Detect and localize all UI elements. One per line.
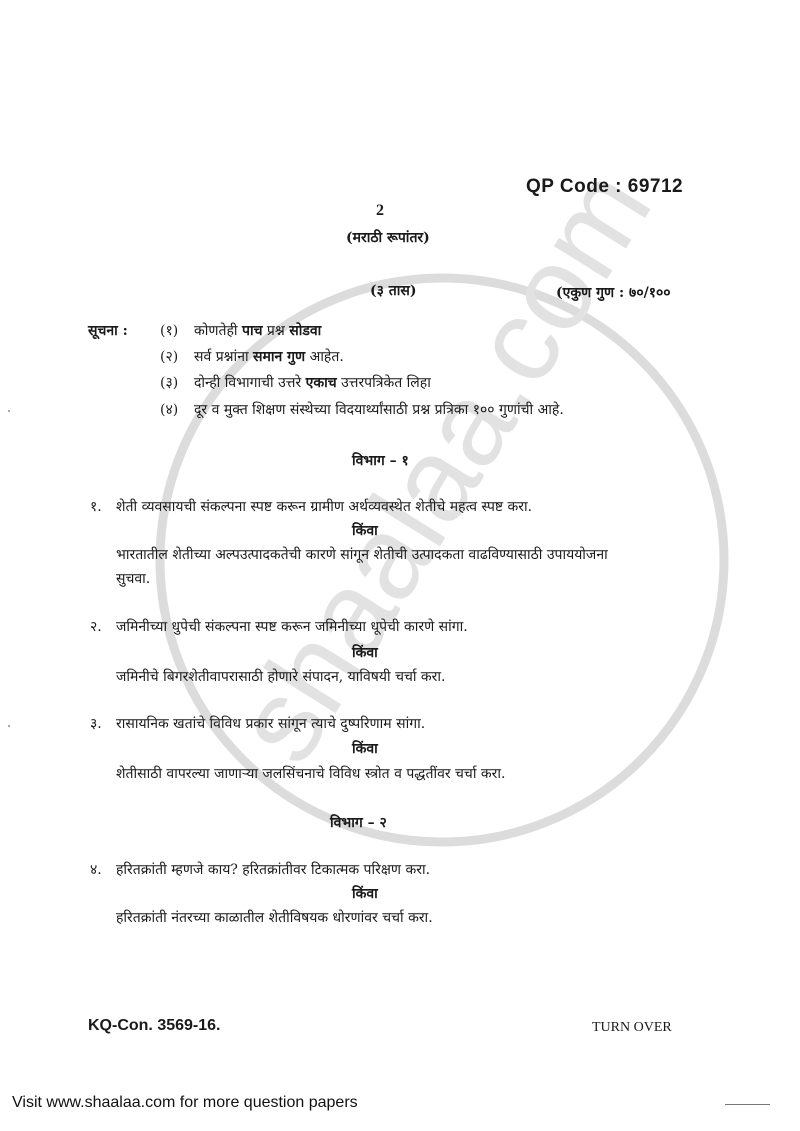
- instruction-item: (४)दूर व मुक्त शिक्षण संस्थेच्या विदयार्…: [160, 400, 564, 419]
- visit-link[interactable]: Visit www.shaalaa.com for more question …: [12, 1094, 358, 1112]
- scan-dot: [8, 725, 10, 727]
- or-label: किंवा: [352, 884, 378, 903]
- question-number: २.: [90, 617, 102, 636]
- question-number: १.: [90, 497, 102, 516]
- qp-code: QP Code : 69712: [526, 176, 683, 198]
- instructions-label: सूचना :: [88, 321, 128, 340]
- question-text: रासायनिक खतांचे विविध प्रकार सांगून त्या…: [116, 714, 425, 733]
- question-alt-text: हरितक्रांती नंतरच्या काळातील शेतीविषयक ध…: [116, 908, 433, 927]
- scan-dot: [8, 410, 10, 412]
- watermark-text: shaalaa.com: [210, 146, 676, 783]
- exam-duration: (३ तास): [370, 281, 416, 300]
- scan-mark: [725, 1104, 770, 1105]
- turn-over-label: TURN OVER: [592, 1020, 672, 1036]
- total-marks: (एकुण गुण : ७०/१००: [556, 283, 671, 302]
- page-number: 2: [376, 202, 384, 220]
- footer-code: KQ-Con. 3569-16.: [88, 1017, 220, 1035]
- instruction-item: (१)कोणतेही पाच प्रश्न सोडवा: [160, 321, 321, 340]
- question-alt-text: सुचवा.: [116, 569, 150, 588]
- instruction-item: (३)दोन्ही विभागाची उत्तरे एकाच उत्तरपत्र…: [160, 373, 431, 392]
- section-title: विभाग – २: [330, 813, 387, 832]
- question-text: जमिनीच्या धुपेची संकल्पना स्पष्ट करून जम…: [116, 617, 468, 636]
- or-label: किंवा: [352, 643, 378, 662]
- question-alt-text: शेतीसाठी वापरल्या जाणाऱ्या जलसिंचनाचे वि…: [116, 764, 505, 783]
- instruction-item: (२)सर्व प्रश्नांना समान गुण आहेत.: [160, 347, 344, 366]
- translation-note: (मराठी रूपांतर): [346, 228, 430, 247]
- question-number: ३.: [90, 714, 102, 733]
- watermark: shaalaa.com: [0, 0, 800, 1131]
- question-alt-text: भारतातील शेतीच्या अल्पउत्पादकतेची कारणे …: [116, 545, 608, 564]
- question-text: हरितक्रांती म्हणजे काय? हरितक्रांतीवर टि…: [116, 860, 430, 879]
- question-number: ४.: [90, 860, 102, 879]
- question-text: शेती व्यवसायची संकल्पना स्पष्ट करून ग्रा…: [116, 497, 532, 516]
- section-title: विभाग – १: [352, 451, 409, 470]
- or-label: किंवा: [352, 739, 378, 758]
- or-label: किंवा: [352, 521, 378, 540]
- question-alt-text: जमिनीचे बिगरशेतीवापरासाठी होणारे संपादन,…: [116, 667, 445, 686]
